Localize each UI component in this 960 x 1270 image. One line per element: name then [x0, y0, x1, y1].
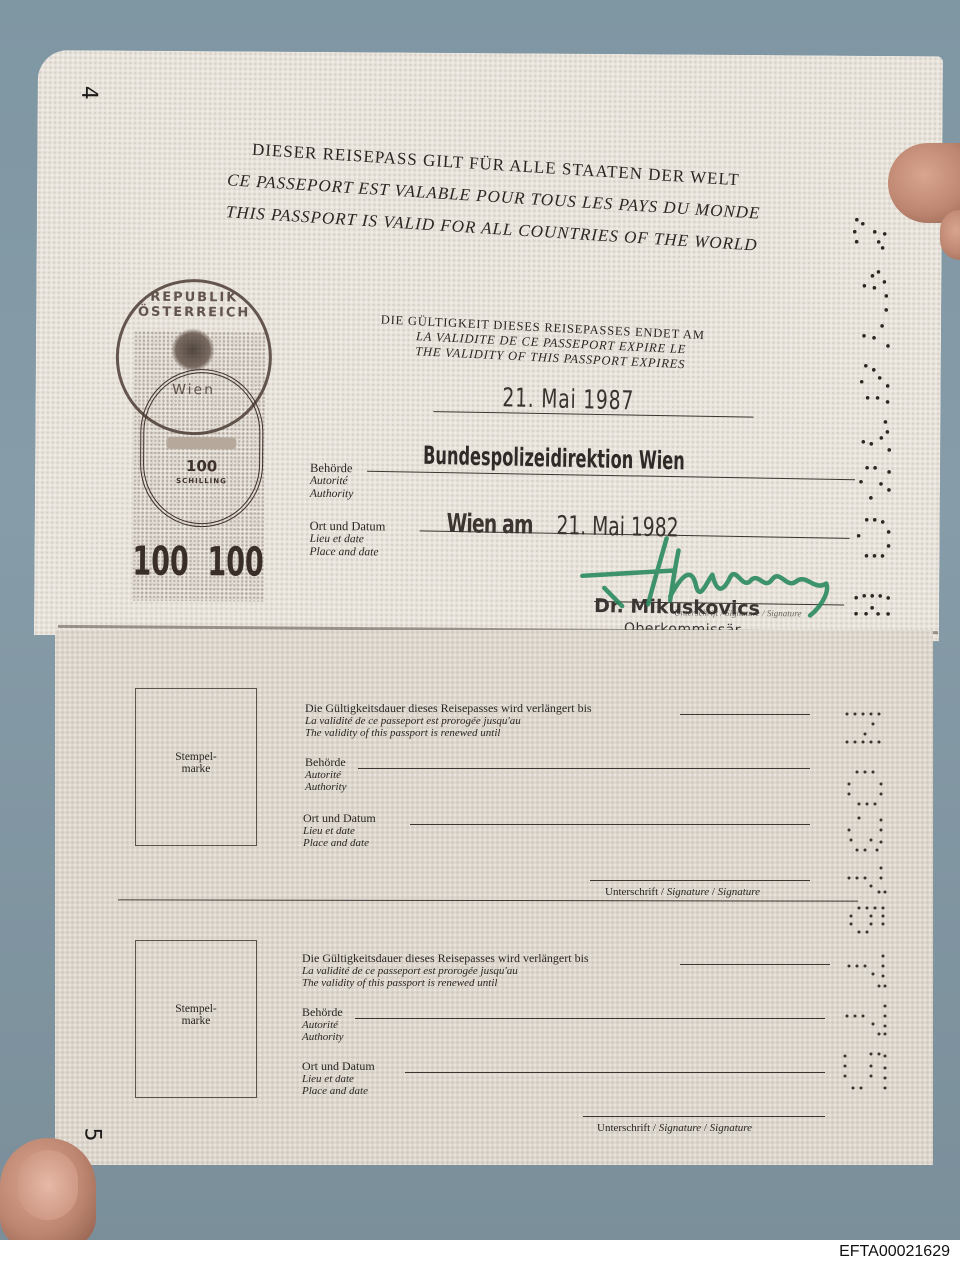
authority-line[interactable]	[358, 768, 810, 769]
authority-label-de: Behörde	[310, 462, 354, 475]
place-date-label-en: Place and date	[309, 546, 385, 560]
signature-caption-fr: Signature	[667, 886, 709, 898]
renewal-date-line[interactable]	[680, 714, 810, 715]
renewal-label-fr: La validité de ce passeport est prorogée…	[305, 715, 592, 728]
austrian-eagle-icon	[171, 328, 215, 372]
authority-label-de: Behörde	[305, 756, 347, 769]
authority-line[interactable]	[355, 1018, 825, 1019]
authority-label-fr: Autorité	[305, 769, 347, 782]
signature-caption: Unterschrift / Signature / Signature	[597, 1122, 752, 1134]
page-number: 5	[80, 1128, 105, 1142]
handwritten-signature-icon	[574, 530, 845, 622]
signature-line[interactable]	[583, 1116, 825, 1117]
expiry-date: 21. Mai 1987	[502, 383, 634, 416]
stamp-box-label: Stempel- marke	[136, 751, 256, 775]
passport-page-4: 4 DIESER REISEPASS GILT FÜR ALLE STAATEN…	[34, 50, 943, 641]
authority-value: Bundespolizeidirektion Wien	[423, 441, 685, 476]
stamp-currency: SCHILLING	[144, 477, 259, 486]
authority-label-fr: Autorité	[310, 475, 354, 488]
renewal-section-2: Stempel- marke Die Gültigkeitsdauer dies…	[135, 940, 915, 1150]
photo-background: 4 DIESER REISEPASS GILT FÜR ALLE STAATEN…	[0, 0, 960, 1240]
place-date-label-de: Ort und Datum	[303, 812, 376, 825]
renewal-label-en: The validity of this passport is renewed…	[302, 977, 589, 990]
finger-top-right	[888, 143, 960, 223]
authority-label-en: Authority	[302, 1031, 344, 1044]
renewal-section-1: Stempel- marke Die Gültigkeitsdauer dies…	[135, 688, 915, 898]
stamp-box: Stempel- marke	[135, 688, 257, 846]
validity-statement: DIESER REISEPASS GILT FÜR ALLE STAATEN D…	[171, 129, 816, 265]
stamp-value-right: 100	[207, 539, 264, 585]
perforation-dots-icon	[842, 206, 905, 616]
place-date-label: Ort und Datum Lieu et date Place and dat…	[302, 1060, 375, 1098]
place-date-label: Ort und Datum Lieu et date Place and dat…	[309, 520, 385, 560]
authority-label-fr: Autorité	[302, 1019, 344, 1032]
authority-label-en: Authority	[305, 781, 347, 794]
place-date-label-en: Place and date	[303, 837, 376, 850]
perforated-number-bottom	[841, 710, 901, 1115]
signature-caption-en: Signature	[718, 886, 760, 898]
signature-line[interactable]	[590, 880, 810, 881]
renewal-date-line[interactable]	[680, 964, 830, 965]
expiry-heading: DIE GÜLTIGKEIT DIESES REISEPASSES ENDET …	[379, 312, 801, 377]
perforation-dots-icon	[841, 710, 901, 1110]
authority-label: Behörde Autorité Authority	[310, 462, 354, 501]
signature-caption-de: Unterschrift	[605, 886, 658, 898]
place-date-label-fr: Lieu et date	[303, 825, 376, 838]
place-date-line[interactable]	[405, 1072, 825, 1073]
finger-top-right-2	[940, 210, 960, 260]
thumbnail	[18, 1150, 78, 1220]
stamp-value-row: 100 100	[132, 539, 282, 586]
renewal-label-fr: La validité de ce passeport est prorogée…	[302, 965, 589, 978]
place-value: Wien am	[446, 509, 533, 541]
document-id: EFTA00021629	[839, 1243, 950, 1261]
renewal-label-en: The validity of this passport is renewed…	[305, 727, 592, 740]
place-date-label-de: Ort und Datum	[310, 520, 386, 534]
authority-label-en: Authority	[310, 488, 354, 501]
renewal-label: Die Gültigkeitsdauer dieses Reisepasses …	[305, 702, 592, 740]
renewal-label: Die Gültigkeitsdauer dieses Reisepasses …	[302, 952, 589, 990]
stamp-value-left: 100	[132, 539, 189, 585]
authority-label: Behörde Autorité Authority	[305, 756, 347, 794]
stamp-box-label: Stempel- marke	[136, 1003, 256, 1027]
section-divider	[118, 899, 858, 902]
authority-label: Behörde Autorité Authority	[302, 1006, 344, 1044]
signature-caption-fr: Signature	[659, 1122, 701, 1134]
place-date-line[interactable]	[410, 824, 810, 825]
page-number: 4	[76, 86, 101, 100]
signature-caption-de: Unterschrift	[597, 1122, 650, 1134]
passport-page-5: 5 Stempel- marke Die Gültigkeitsdauer di…	[55, 630, 933, 1165]
stempelmarke-oval: 100 SCHILLING	[140, 369, 264, 528]
seal-text: REPUBLIK ÖSTERREICH	[119, 290, 269, 321]
place-date-label-fr: Lieu et date	[302, 1073, 375, 1086]
thumb-bottom-left	[0, 1138, 96, 1240]
stamp-face-value: 100	[144, 457, 259, 476]
signature-caption-en: Signature	[710, 1122, 752, 1134]
perforated-number-top	[842, 206, 905, 621]
revenue-stamp: REPUBLIK ÖSTERREICH Wien 100 SCHILLING 1…	[114, 271, 276, 602]
place-date-label: Ort und Datum Lieu et date Place and dat…	[303, 812, 376, 850]
place-date-label-fr: Lieu et date	[310, 533, 386, 547]
authority-label-de: Behörde	[302, 1006, 344, 1019]
renewal-label-de: Die Gültigkeitsdauer dieses Reisepasses …	[305, 702, 592, 715]
place-date-label-de: Ort und Datum	[302, 1060, 375, 1073]
stamp-ribbon-icon	[166, 437, 236, 449]
stamp-box: Stempel- marke	[135, 940, 257, 1098]
signature-caption: Unterschrift / Signature / Signature	[605, 886, 760, 898]
place-date-label-en: Place and date	[302, 1085, 375, 1098]
renewal-label-de: Die Gültigkeitsdauer dieses Reisepasses …	[302, 952, 589, 965]
